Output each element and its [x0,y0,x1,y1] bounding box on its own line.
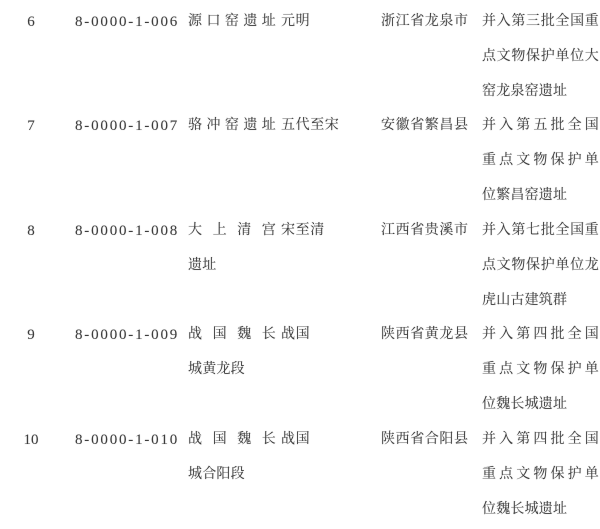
row-number: 7 [20,109,42,144]
era-cell: 战国 [281,318,377,353]
site-name-cell: 战国魏长 城黄龙段 [188,318,276,388]
table-row: 10 8-0000-1-010 战国魏长 城合阳段 战国 陕西省合阳县 并入第四… [0,423,600,528]
heritage-code: 8-0000-1-008 [75,214,187,249]
site-name-cell: 源口窑遗址 [188,5,276,40]
row-number: 8 [20,214,42,249]
row-number-cell: 8 [20,214,42,249]
era-cell: 五代至宋 [281,109,377,144]
note-line: 并入第三批全国重 [482,5,599,40]
note-line: 位魏长城遗址 [482,388,599,423]
heritage-code: 8-0000-1-009 [75,318,187,353]
note-line: 重点文物保护单 [482,353,599,388]
note-cell: 并入第七批全国重 点文物保护单位龙 虎山古建筑群 [482,214,599,318]
site-name-line: 大上清宫 [188,214,276,249]
site-name-cell: 骆冲窑遗址 [188,109,276,144]
row-number-cell: 10 [20,423,42,458]
note-line: 并入第五批全国 [482,109,599,144]
note-line: 虎山古建筑群 [482,284,599,319]
note-cell: 并入第四批全国 重点文物保护单 位魏长城遗址 [482,423,599,527]
heritage-code: 8-0000-1-010 [75,423,187,458]
site-name-cell: 战国魏长 城合阳段 [188,423,276,493]
table-row: 9 8-0000-1-009 战国魏长 城黄龙段 战国 陕西省黄龙县 并入第四批… [0,318,600,423]
row-number: 9 [20,318,42,353]
note-line: 点文物保护单位大 [482,40,599,75]
note-line: 位魏长城遗址 [482,493,599,528]
heritage-code: 8-0000-1-007 [75,109,187,144]
heritage-code-cell: 8-0000-1-008 [75,214,187,249]
site-name-line: 城黄龙段 [188,353,276,388]
location-cell: 安徽省繁昌县 [381,109,474,144]
heritage-code-cell: 8-0000-1-009 [75,318,187,353]
site-name-line: 源口窑遗址 [188,5,276,40]
note-line: 重点文物保护单 [482,144,599,179]
row-number: 6 [20,5,42,40]
note-line: 窑龙泉窑遗址 [482,75,599,110]
document-page: 6 8-0000-1-006 源口窑遗址 元明 浙江省龙泉市 并入第三批全国重 … [0,0,600,529]
location: 浙江省龙泉市 [381,5,474,40]
table-row: 8 8-0000-1-008 大上清宫 遗址 宋至清 江西省贵溪市 并入第七批全… [0,214,600,319]
heritage-code-cell: 8-0000-1-010 [75,423,187,458]
note-line: 并入第七批全国重 [482,214,599,249]
site-name-line: 战国魏长 [188,423,276,458]
note-line: 并入第四批全国 [482,423,599,458]
era: 宋至清 [281,214,377,249]
row-number: 10 [20,423,42,458]
heritage-code-cell: 8-0000-1-006 [75,5,187,40]
location: 陕西省黄龙县 [381,318,474,353]
heritage-code: 8-0000-1-006 [75,5,187,40]
site-name-line: 战国魏长 [188,318,276,353]
era: 五代至宋 [281,109,377,144]
row-number-cell: 6 [20,5,42,40]
location-cell: 陕西省黄龙县 [381,318,474,353]
note-cell: 并入第三批全国重 点文物保护单位大 窑龙泉窑遗址 [482,5,599,109]
table-row: 7 8-0000-1-007 骆冲窑遗址 五代至宋 安徽省繁昌县 并入第五批全国… [0,109,600,214]
note-line: 位繁昌窑遗址 [482,179,599,214]
location: 安徽省繁昌县 [381,109,474,144]
note-line: 并入第四批全国 [482,318,599,353]
heritage-code-cell: 8-0000-1-007 [75,109,187,144]
site-name-cell: 大上清宫 遗址 [188,214,276,284]
site-name-line: 骆冲窑遗址 [188,109,276,144]
location-cell: 浙江省龙泉市 [381,5,474,40]
row-number-cell: 7 [20,109,42,144]
era-cell: 元明 [281,5,377,40]
location: 江西省贵溪市 [381,214,474,249]
location: 陕西省合阳县 [381,423,474,458]
site-name-line: 遗址 [188,249,276,284]
table-row: 6 8-0000-1-006 源口窑遗址 元明 浙江省龙泉市 并入第三批全国重 … [0,5,600,110]
era-cell: 宋至清 [281,214,377,249]
era: 元明 [281,5,377,40]
note-cell: 并入第五批全国 重点文物保护单 位繁昌窑遗址 [482,109,599,213]
note-line: 重点文物保护单 [482,458,599,493]
location-cell: 陕西省合阳县 [381,423,474,458]
era-cell: 战国 [281,423,377,458]
row-number-cell: 9 [20,318,42,353]
note-cell: 并入第四批全国 重点文物保护单 位魏长城遗址 [482,318,599,422]
note-line: 点文物保护单位龙 [482,249,599,284]
era: 战国 [281,318,377,353]
location-cell: 江西省贵溪市 [381,214,474,249]
era: 战国 [281,423,377,458]
site-name-line: 城合阳段 [188,458,276,493]
